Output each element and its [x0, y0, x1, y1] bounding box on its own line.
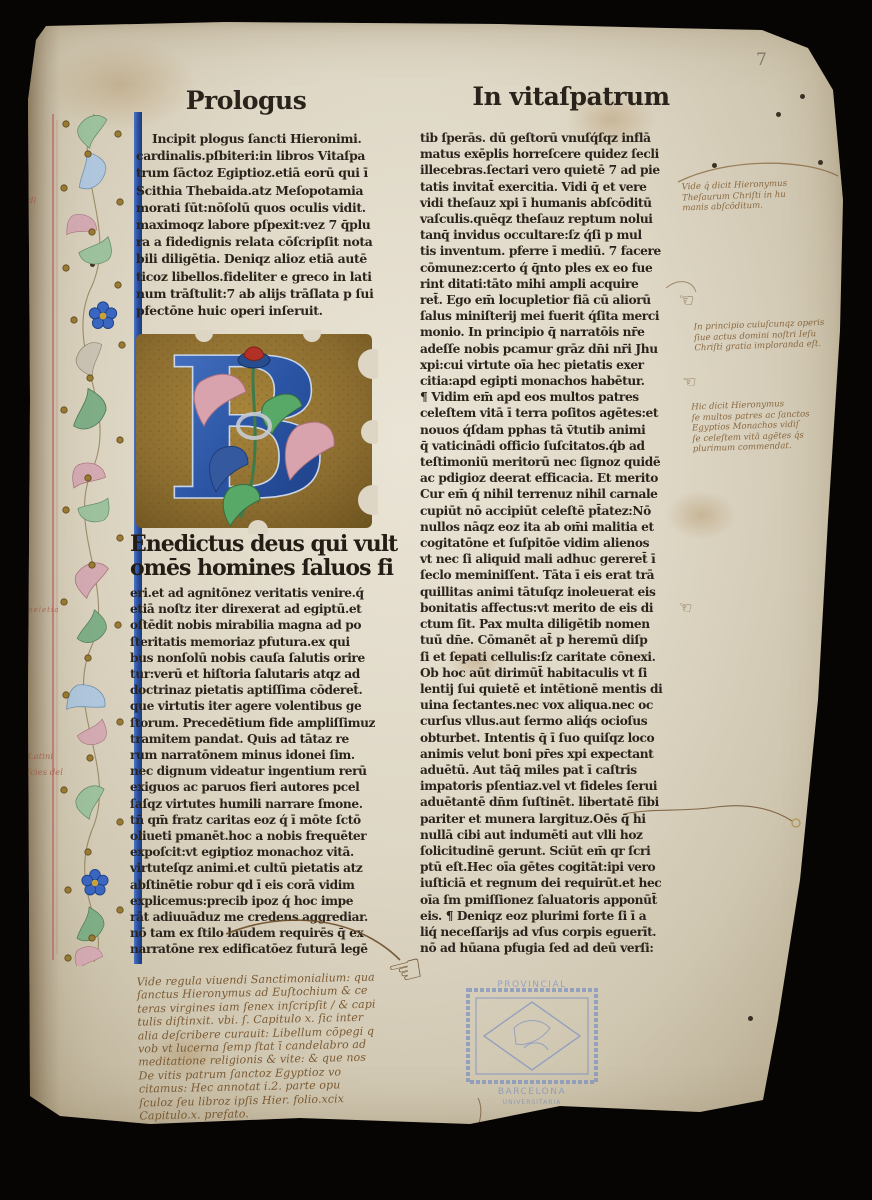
gutter-fragment: di [28, 196, 36, 206]
text-line: ret̄. Ego em̄ locupletior fiā cū aliorū [420, 292, 712, 308]
text-line: rint ditati:tāto mihi ampli acquire [420, 276, 712, 292]
text-line: oīa ſm pmiſſionez ſaluatoris apponūt̄ [420, 892, 712, 908]
text-line: nouos q́ſdam pphas tā v̄tutib animi [420, 422, 712, 438]
text-line: ſalus miniſterij mei fuerit q́ſita merci [420, 308, 712, 324]
text-line: xpi:cui virtute oīa hec pietatis exer [420, 357, 712, 373]
text-line: cupiūt nō accipiūt celeſtē pt̄atez:Nō [420, 503, 712, 519]
text-line: vidi theſauz xpi ī humanis abſcōditū [420, 195, 712, 211]
text-line: pariter et munera largituz.Oēs q̄ hi [420, 811, 712, 827]
margin-note-2: In principio cuiuſcunqz operisſiue actus… [693, 318, 834, 354]
text-line: rum narratōnem minus idonei ſim. [130, 747, 422, 763]
text-line: tur:verū et hiſtoria ſalutaris atqz ad [130, 666, 422, 682]
header-prologus: Prologus [146, 86, 346, 115]
text-line: vaſculis.quēqz theſauz reptum nolui [420, 211, 712, 227]
text-line: tanq̄ invidus occultare:ſz q́ſi p mul [420, 227, 712, 243]
text-line: nec dignum videatur ingentium rerū [130, 763, 422, 779]
header-in-vitaspatrum: In vitaſpatrum [446, 82, 696, 111]
text-line: vt nec ſi aliquid mali adhuc gereret̄ ī [420, 551, 712, 567]
text-line: nullā cibi aut indumēti aut vlli hoz [420, 827, 712, 843]
text-line: virtuteſqz animi.et cultū pietatis atz [130, 860, 422, 876]
text-line: maximoqz labore pſpexit:vez 7 q̄plu [136, 216, 424, 233]
text-line: ſaſqz virtutes humili narrare ſmone. [130, 796, 422, 812]
margin-note-1: Vide q́ dicit HieronymusTheſaurum Chriſt… [681, 178, 822, 214]
text-line: liq́ neceſſarijs ad vſus corpis eguerīt. [420, 924, 712, 940]
gutter-fragment: Latini [28, 752, 53, 762]
wormhole [800, 94, 805, 99]
text-line: Incipit plogus ſancti Hieronimi. [136, 130, 424, 147]
text-line: quillitas animi tātuſqz inoleuerat eis [420, 584, 712, 600]
text-line: impatoris pſentiaz.vel vt fideles ſerui [420, 778, 712, 794]
margin-note-3: Hic dicit Hieronymusſe multos patres ac … [691, 398, 833, 455]
text-line: citia:apd egipti monachos habētur. [420, 373, 712, 389]
text-line: ſtorum. Precedētium fide ampliſſimuz [130, 715, 422, 731]
text-line: tn̄ qm̄ fratz caritas eoz q́ ī mōte ſctō [130, 812, 422, 828]
text-line: ra a fidedignis relata cōſcripſit nota [136, 233, 424, 250]
text-line: obturbet. Intentis q̄ ī ſuo quiſqz loco [420, 730, 712, 746]
text-line: nō tam ex ſtilo laudem requirēs q̄ ex [130, 925, 422, 941]
parchment-stain [46, 40, 196, 130]
text-line: oliueti pmanēt.hoc a nobis frequēter [130, 828, 422, 844]
wormhole [90, 262, 95, 267]
text-line: q̄ vaticinādi officio ſuſcitatos.q́b ad [420, 438, 712, 454]
text-line: trum ſāctoz Egiptioz.etiā eorū qui ī [136, 164, 424, 181]
text-line: aduētū. Aut tāq̄ miles pat ī caſtris [420, 762, 712, 778]
text-line: expoſcit:vt egiptioz monachoz vitā. [130, 844, 422, 860]
photo-black-backdrop: { "page": { "folio_number": "7", "header… [0, 0, 872, 1200]
text-line: tuū dn̄e. Cōmanēt at̄ p heremū diſp [420, 632, 712, 648]
text-line: explicemus:precib ipoz q́ hoc impe [130, 893, 422, 909]
text-line: bus nonſolū nobis cauſa ſalutis orire [130, 650, 422, 666]
initial-letterform: B [165, 330, 331, 534]
text-line: narratōne rex edificatōez futurā legē [130, 941, 422, 957]
manicule-icon: ☜ [681, 371, 697, 391]
text-line: ptū eſt.Hec oīa gētes cogitāt:ipi vero [420, 859, 712, 875]
text-line: num trāſtulit:7 ab alijs trāſlata p ſui [136, 285, 424, 302]
text-line: tatis invitat̄ exercitia. Vidi q̄ et ver… [420, 179, 712, 195]
text-line: bili diligētia. Deniqz alioz etiā autē [136, 250, 424, 267]
text-line: nō ad hūana pfugia ſed ad deū verſi: [420, 940, 712, 956]
wormhole [818, 160, 823, 165]
text-line: lentij ſui quietē et intētionē mentis di [420, 681, 712, 697]
manuscript-page: 7 Prologus In vitaſpatrum [26, 20, 848, 1132]
gutter-fragment: ſcies del [27, 768, 63, 778]
text-line: tis inventum. pferre ī mediū. 7 facere [420, 243, 712, 259]
text-line: Ob hoc aūt dirimūt̄ habitaculis vt ſi [420, 665, 712, 681]
text-line: omēs homines ſaluos fi [130, 557, 397, 581]
text-line: pfectōne huic operi inſeruit. [136, 302, 424, 319]
text-line: que virtutis iter agere volentibus ge [130, 698, 422, 714]
text-line: illecebras.ſectari vero quietē 7 ad pie [420, 162, 712, 178]
text-line: ſeclo meminiſſent. Tāta ī eis erat trā [420, 567, 712, 583]
text-line: doctrinaz pietatis aptiſſima cōderet̄. [130, 682, 422, 698]
text-line: tramitem pandat. Quis ad tātaz re [130, 731, 422, 747]
folio-number: 7 [756, 50, 767, 70]
stamp-sub-text: UNIVERSITARIA [503, 1099, 562, 1106]
text-line: exiguos ac paruos fieri autores pcel [130, 779, 422, 795]
text-line: aduētantē dn̄m ſuſtinēt. libertatē ſibi [420, 794, 712, 810]
text-line: etiā noſtz iter direxerat ad egiptū.et [130, 601, 422, 617]
text-line: monio. In principio q̄ narratōis nr̄e [420, 324, 712, 340]
text-line: adeſſe nobis pcamur grāz dn̄i nr̄i Jhu [420, 341, 712, 357]
wormhole [776, 112, 781, 117]
opening-display-lines: Enedictus deus qui vultomēs homines ſalu… [130, 533, 397, 580]
text-line: animis velut boni pr̄es xpi expectant [420, 746, 712, 762]
manicule-icon: ☜ [677, 289, 696, 312]
text-line: eri.et ad agnitōnez veritatis venire.q́ [130, 585, 422, 601]
text-line: celeſtem vitā ī terra poſitos agētes:et [420, 405, 712, 421]
text-line: Enedictus deus qui vult [130, 533, 397, 557]
gutter-fragment: meletia [26, 606, 59, 614]
right-column-body: tib ſperās. dū geſtorū vnuſq́ſqz inflāma… [420, 130, 712, 956]
text-line: nullos nāqz eoz ita ab om̄i malitia et [420, 519, 712, 535]
stamp-top-text: PROVINCIAL [497, 980, 566, 990]
text-line: matus exēplis horreſcere quidez ſecli [420, 146, 712, 162]
illuminated-initial-B: B [130, 330, 378, 534]
text-line: ſolicitudinē gerunt. Sciūt em̄ qr ſcri [420, 843, 712, 859]
text-line: bonitatis affectus:vt merito de eis di [420, 600, 712, 616]
text-line: cardinalis.pſbiteri:in libros Vitaſpa [136, 147, 424, 164]
text-line: uina ſectantes.nec vox aliqua.nec oc [420, 697, 712, 713]
text-line: tib ſperās. dū geſtorū vnuſq́ſqz inflā [420, 130, 712, 146]
wormhole [712, 163, 717, 168]
left-column-incipit: Incipit plogus ſancti Hieronimi.cardinal… [136, 130, 424, 319]
text-line: eis. ¶ Deniqz eoz plurimi forte ſi ī a [420, 908, 712, 924]
text-line: cogitatōne et ſuſpitōe vidim alienos [420, 535, 712, 551]
text-line: ac pdigioz deerat efficacia. Et merito [420, 470, 712, 486]
text-line: rāt adiuuāduz me credens aggrediar. [130, 909, 422, 925]
text-line: ſi et ſepati cellulis:ſz caritate cōnexi… [420, 649, 712, 665]
text-line: curſus vllus.aut ſermo aliq́s ocioſus [420, 713, 712, 729]
text-line: cōmunez:certo q́ q̄nto ples ex eo fue [420, 260, 712, 276]
left-column-body: eri.et ad agnitōnez veritatis venire.q́e… [130, 585, 422, 958]
text-line: ſteritatis memoriaz pfutura.ex qui [130, 634, 422, 650]
text-line: morati ſūt:nōſolū quos oculis vidit. [136, 199, 424, 216]
text-line: abſtinētie robur qd ī eis corā vidim [130, 877, 422, 893]
text-line: ticoz libellos.fideliter e greco in lati [136, 268, 424, 285]
text-line: iuſticiā et regnum dei requirūt.et hec [420, 875, 712, 891]
text-line: oſtēdit nobis mirabilia magna ad po [130, 617, 422, 633]
initial-foliage [194, 347, 334, 526]
stamp-bottom-text: BARCELONA [498, 1087, 566, 1097]
text-line: ctum ſit. Pax multa diligētib nomen [420, 616, 712, 632]
text-line: ¶ Vidim em̄ apd eos multos patres [420, 389, 712, 405]
text-line: Scithia Thebaida.atz Meſopotamia [136, 182, 424, 199]
text-line: teſtimoniū meritorū nec ſignoz quidē [420, 454, 712, 470]
bottom-handwritten-note: Vide regula viuendi Sanctimonialium: qua… [136, 968, 479, 1123]
wormhole [748, 1016, 753, 1021]
text-line: Cur em̄ q́ nihil terrenuz nihil carnale [420, 486, 712, 502]
